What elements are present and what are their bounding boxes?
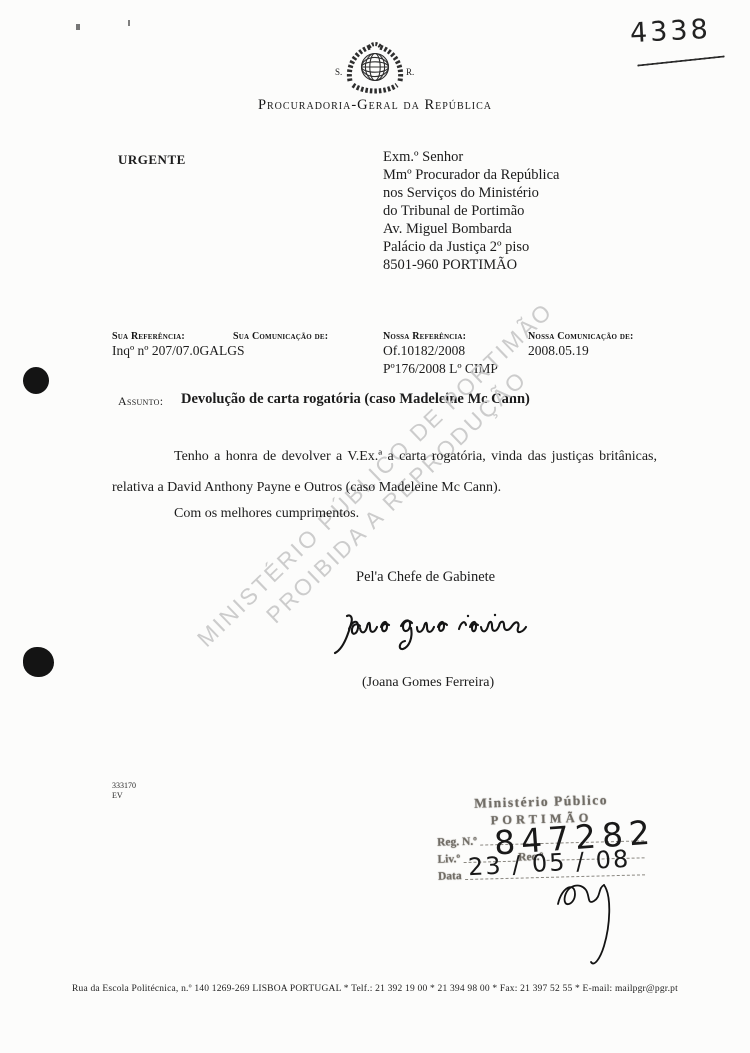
- scan-speck: [128, 20, 130, 26]
- our-reference-label: Nossa Referência:: [383, 331, 466, 342]
- closing-line: Com os melhores cumprimentos.: [174, 506, 359, 522]
- recipient-line: Palácio da Justiça 2º piso: [383, 238, 559, 256]
- recipient-line: nos Serviços do Ministério: [383, 184, 559, 202]
- urgency-label: URGENTE: [118, 152, 186, 168]
- recipient-line: Av. Miguel Bombarda: [383, 220, 559, 238]
- recipient-line: Exm.º Senhor: [383, 148, 559, 166]
- stamp-reg-label: Reg. N.º: [437, 836, 477, 849]
- our-reference-value-2: Pº176/2008 Lº CIMP: [383, 361, 498, 377]
- recipient-line: 8501-960 PORTIMÃO: [383, 256, 559, 274]
- stamp-liv-label: Liv.º: [437, 853, 460, 866]
- handwritten-page-number: 4338: [629, 14, 711, 49]
- hole-punch-mark: [23, 647, 54, 677]
- handwritten-signature: [333, 608, 533, 663]
- form-code-initials: EV: [112, 791, 136, 801]
- recipient-line: Mmº Procurador da República: [383, 166, 559, 184]
- hole-punch-mark: [23, 367, 49, 394]
- your-reference-label: Sua Referência:: [112, 331, 185, 342]
- our-reference-value-1: Of.10182/2008: [383, 343, 465, 359]
- your-communication-label: Sua Comunicação de:: [233, 331, 328, 342]
- subject-value: Devolução de carta rogatória (caso Madel…: [181, 391, 530, 408]
- scanned-letter-page: 4338 S. R. Procuradoria-Geral da Repúbli…: [0, 0, 750, 1053]
- scan-speck: [76, 24, 80, 30]
- handwritten-underline: [637, 55, 725, 66]
- recipient-address-block: Exm.º Senhor Mmº Procurador da República…: [383, 148, 559, 274]
- stamp-date-label: Data: [438, 870, 462, 883]
- recipient-line: do Tribunal de Portimão: [383, 202, 559, 220]
- form-code: 333170 EV: [112, 781, 136, 800]
- footer-contact-line: Rua da Escola Politécnica, n.º 140 1269-…: [0, 984, 750, 994]
- our-communication-label: Nossa Comunicação de:: [528, 331, 634, 342]
- emblem-letter-s: S.: [335, 67, 342, 77]
- subject-label: Assunto:: [118, 394, 163, 409]
- your-reference-value: Inqº nº 207/07.0GALGS: [112, 343, 245, 359]
- signature-printed-name: (Joana Gomes Ferreira): [362, 675, 494, 691]
- signoff-role: Pel'a Chefe de Gabinete: [356, 569, 495, 586]
- body-paragraph: Tenho a honra de devolver a V.Ex.ª a car…: [112, 441, 657, 503]
- form-code-number: 333170: [112, 781, 136, 791]
- republic-coat-of-arms-icon: S. R.: [333, 40, 417, 98]
- emblem-letter-r: R.: [406, 67, 414, 77]
- our-communication-value: 2008.05.19: [528, 343, 589, 359]
- handwritten-initials-flourish: [552, 874, 622, 969]
- org-title: Procuradoria-Geral da República: [0, 97, 750, 114]
